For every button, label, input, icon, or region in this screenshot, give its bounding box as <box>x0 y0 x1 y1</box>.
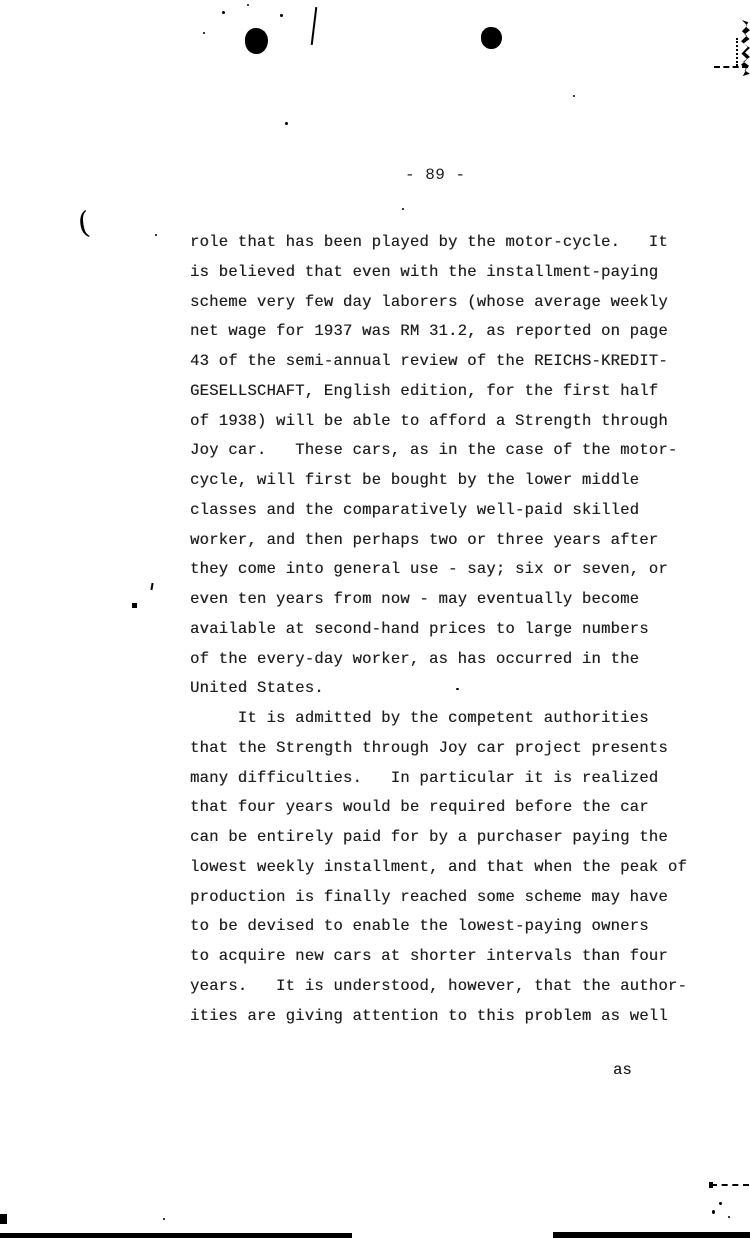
page-number: - 89 - <box>405 166 466 184</box>
scan-speck <box>203 32 205 34</box>
edge-smudge-dots <box>736 38 738 66</box>
text-line: 43 of the semi-annual review of the REIC… <box>190 347 690 377</box>
handwritten-paren-mark: ( <box>76 205 92 241</box>
text-line: cycle, will first be bought by the lower… <box>190 466 690 496</box>
scan-speck <box>285 122 288 125</box>
text-line: can be entirely paid for by a purchaser … <box>190 823 690 853</box>
text-line: they come into general use - say; six or… <box>190 555 690 585</box>
pen-stroke-artifact <box>311 7 318 45</box>
margin-tick-mark <box>150 583 153 590</box>
bottom-squiggle-mark <box>711 1184 749 1186</box>
typewritten-body: role that has been played by the motor-c… <box>190 228 690 1031</box>
text-line: many difficulties. In particular it is r… <box>190 764 690 794</box>
text-line: available at second-hand prices to large… <box>190 615 690 645</box>
text-line: that four years would be required before… <box>190 793 690 823</box>
text-line: production is finally reached some schem… <box>190 883 690 913</box>
text-line: worker, and then perhaps two or three ye… <box>190 526 690 556</box>
scan-speck <box>280 14 283 17</box>
text-line: is believed that even with the installme… <box>190 258 690 288</box>
scan-edge-bar-left <box>0 1233 352 1238</box>
text-line: United States. <box>190 674 690 704</box>
text-line: lowest weekly installment, and that when… <box>190 853 690 883</box>
scan-speck <box>222 11 225 14</box>
scanned-document-page: ( - 89 - role that has been played by th… <box>0 0 750 1238</box>
scan-speck <box>155 234 157 236</box>
margin-dot-mark <box>132 603 137 608</box>
text-line: classes and the comparatively well-paid … <box>190 496 690 526</box>
text-line: of the every-day worker, as has occurred… <box>190 645 690 675</box>
text-line: to acquire new cars at shorter intervals… <box>190 942 690 972</box>
scan-speck <box>719 1202 722 1205</box>
punch-hole-left <box>245 28 268 54</box>
text-line: scheme very few day laborers (whose aver… <box>190 288 690 318</box>
bottom-squiggle-head <box>709 1182 713 1188</box>
text-line: even ten years from now - may eventually… <box>190 585 690 615</box>
scan-speck <box>247 4 249 6</box>
text-line: GESELLSCHAFT, English edition, for the f… <box>190 377 690 407</box>
scan-edge-bar-right <box>553 1232 750 1238</box>
text-line: Joy car. These cars, as in the case of t… <box>190 436 690 466</box>
text-line: of 1938) will be able to afford a Streng… <box>190 407 690 437</box>
catchword: as <box>613 1061 632 1079</box>
scan-speck <box>728 1216 730 1218</box>
text-line: to be devised to enable the lowest-payin… <box>190 912 690 942</box>
scan-speck <box>573 95 575 97</box>
scan-speck <box>163 1218 165 1220</box>
text-line: that the Strength through Joy car projec… <box>190 734 690 764</box>
scan-speck <box>712 1210 715 1214</box>
scan-speck <box>402 208 404 210</box>
text-line: ities are giving attention to this probl… <box>190 1002 690 1032</box>
scan-edge-nub <box>0 1214 7 1224</box>
text-line: net wage for 1937 was RM 31.2, as report… <box>190 317 690 347</box>
text-line: years. It is understood, however, that t… <box>190 972 690 1002</box>
punch-hole-right <box>481 27 502 49</box>
text-line: It is admitted by the competent authorit… <box>190 704 690 734</box>
text-line: role that has been played by the motor-c… <box>190 228 690 258</box>
